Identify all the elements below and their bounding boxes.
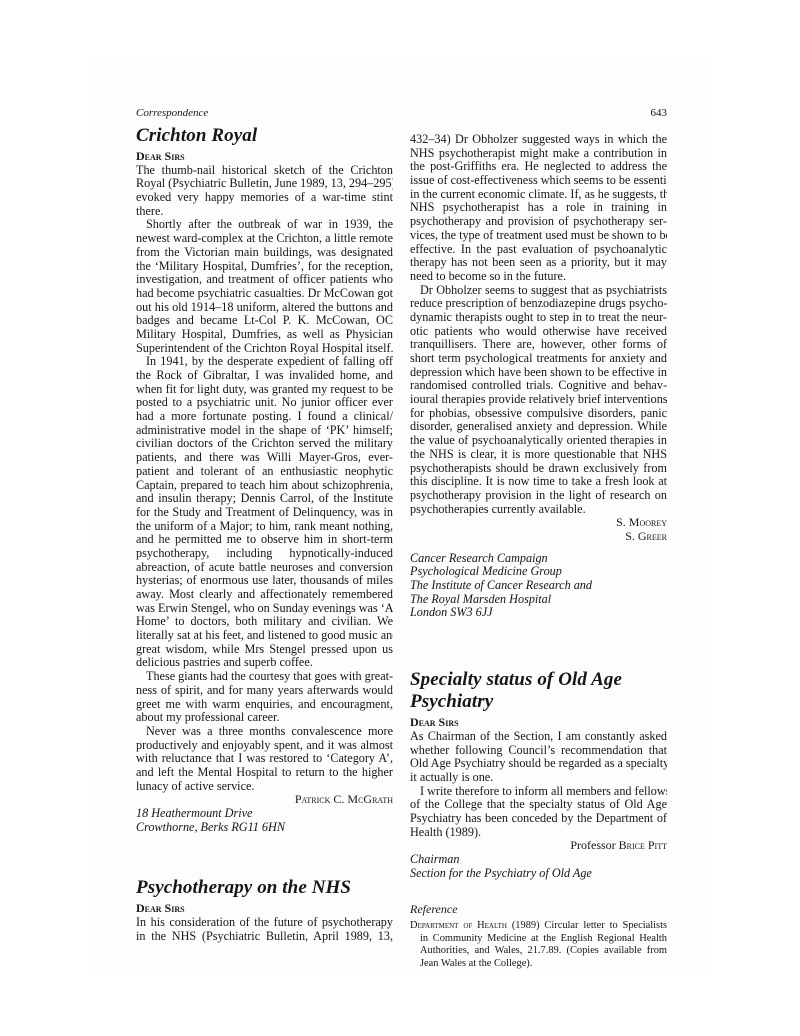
text-line: productively and enjoyably spent, and it… [136,739,393,753]
letter-body: In his consideration of the future of ps… [136,916,393,943]
text-line: Home’ to doctors, both military and civi… [136,615,393,629]
text-line: in the current economic climate. If, as … [410,188,667,202]
text-line: psychotherapy, including hypnotically-in… [136,547,393,561]
text-line: short term psychological treatments for … [410,352,667,366]
signature: Patrick C. McGrath [136,793,393,807]
text-line: newest ward-complex at the Crichton, a l… [136,232,393,246]
text-line: had become psychiatric casualties. Dr Mc… [136,287,393,301]
text-line: Dr Obholzer seems to suggest that as psy… [410,284,667,298]
text-line: Shortly after the outbreak of war in 193… [136,218,393,232]
right-column: 643 432–34) Dr Obholzer suggested ways i… [410,106,667,970]
text-line: there. [136,205,393,219]
text-line: hysterias; of enormous use later, thousa… [136,574,393,588]
letter-title: Psychotherapy on the NHS [136,877,393,899]
text-line: badges and became Lt-Col P. K. McCowan, … [136,314,393,328]
salutation: Dear Sirs [136,902,393,916]
text-line: the ‘Military Hospital, Dumfries’, for t… [136,260,393,274]
text-line: away. Most clearly and affectionately re… [136,588,393,602]
text-line: As Chairman of the Section, I am constan… [410,730,667,744]
text-line: for the Study and Treatment of Delinquen… [136,506,393,520]
signature: S. Greer [410,530,667,544]
text-line: I write therefore to inform all members … [410,785,667,799]
salutation: Dear Sirs [136,150,393,164]
text-line: greet me with warm enquiries, and encour… [136,698,393,712]
text-line: ness of spirit, and for many years after… [136,684,393,698]
text-line: The thumb-nail historical sketch of the … [136,164,393,178]
running-head: Correspondence [136,106,393,120]
reference-line: Authorities, and Wales, 21.7.89. (Copies… [410,945,667,957]
text-line: was Erwin Stengel, who on Sunday evening… [136,602,393,616]
signature-name: Brice Pitt [619,838,667,852]
reference-line: Department of Health (1989) Circular let… [410,920,667,932]
left-column: Correspondence Crichton Royal Dear Sirs … [136,106,393,944]
letter-body: 432–34) Dr Obholzer suggested ways in wh… [410,133,667,516]
letter-crichton-royal: Crichton Royal Dear Sirs The thumb-nail … [136,125,393,834]
text-line: In 1941, by the desperate expedient of f… [136,355,393,369]
text-line: effective. In the past evaluation of psy… [410,243,667,257]
address-line: Section for the Psychiatry of Old Age [410,867,667,881]
text-line: In his consideration of the future of ps… [136,916,393,930]
text-line: the value of psychoanalytically oriented… [410,434,667,448]
text-line: Old Age Psychiatry should be regarded as… [410,757,667,771]
text-line: literally sat at his feet, and listened … [136,629,393,643]
text-line: patient and tolerant of an enthusiastic … [136,465,393,479]
text-line: great wisdom, while Mrs Stengel pressed … [136,643,393,657]
salutation: Dear Sirs [410,716,667,730]
text-line: about my professional career. [136,711,393,725]
text-line: vices, the type of treatment used must b… [410,229,667,243]
address-line: Crowthorne, Berks RG11 6HN [136,821,393,835]
letter-title: Specialty status of Old Age Psychiatry [410,669,667,713]
text-line: the post-Griffiths era. He neglected to … [410,160,667,174]
text-line: of the College that the specialty status… [410,798,667,812]
reference-line: in Community Medicine at the English Reg… [410,933,667,945]
text-line: need to become so in the future. [410,270,667,284]
address-line: Cancer Research Campaign [410,552,667,566]
text-line: Military Hospital, Dumfries, as well as … [136,328,393,342]
text-line: had a more fortunate posting. I found a … [136,410,393,424]
signature: Professor Brice Pitt [410,839,667,853]
address-line: 18 Heathermount Drive [136,807,393,821]
text-line: Captain, prepared to teach him about sch… [136,479,393,493]
text-line: and left the Mental Hospital to return t… [136,766,393,780]
text-line: whether following Council’s recommendati… [410,744,667,758]
text-line: from the Victorian main buildings, was d… [136,246,393,260]
text-line: therapy has not been seen as a priority,… [410,256,667,270]
text-line: Royal (Psychiatric Bulletin, June 1989, … [136,177,393,191]
text-line: psychotherapies currently available. [410,503,667,517]
text-line: civilian doctors of the Crichton served … [136,437,393,451]
text-line: 432–34) Dr Obholzer suggested ways in wh… [410,133,667,147]
text-line: Never was a three months convalescence m… [136,725,393,739]
text-line: psychotherapy provision in the light of … [410,489,667,503]
letter-psychotherapy-nhs-continued: 432–34) Dr Obholzer suggested ways in wh… [410,133,667,620]
letter-psychotherapy-nhs-start: Psychotherapy on the NHS Dear Sirs In hi… [136,877,393,943]
reference-author: Department of Health [410,920,507,931]
text-line: it actually is one. [410,771,667,785]
signature-prefix: Professor [570,838,615,852]
text-line: and insulin therapy; Dennis Carrol, of t… [136,492,393,506]
text-line: administrative model in the shape of ‘PK… [136,424,393,438]
letter-title: Crichton Royal [136,125,393,147]
text-line: dynamic therapists ought to step in to t… [410,311,667,325]
text-line: otic patients who would otherwise have r… [410,325,667,339]
text-line: out his old 1914–18 uniform, altered the… [136,301,393,315]
text-line: patients, and there was Willi Mayer-Gros… [136,451,393,465]
text-line: ioural therapies provide relatively brie… [410,393,667,407]
text-line: depression which have been shown to be e… [410,366,667,380]
text-line: for phobias, obsessive compulsive disord… [410,407,667,421]
reference-line: Jean Wales at the College). [410,958,667,970]
text-line: lunacy of active service. [136,780,393,794]
text-line: Psychiatry has been conceded by the Depa… [410,812,667,826]
text-line: Superintendent of the Crichton Royal Hos… [136,342,393,356]
text-line: psychotherapists should be drawn exclusi… [410,462,667,476]
page-number: 643 [410,106,667,120]
address-line: London SW3 6JJ [410,606,667,620]
text-line: the Rock of Gibraltar, I was invalided h… [136,369,393,383]
text-line: abreaction, of acute battle neuroses and… [136,561,393,575]
letter-body: As Chairman of the Section, I am constan… [410,730,667,840]
text-line: and he permitted me to observe him in sh… [136,533,393,547]
text-line: Health (1989). [410,826,667,840]
text-line: investigation, and treatment of officer … [136,273,393,287]
text-line: NHS psychotherapist has a role in traini… [410,201,667,215]
text-line: tranquillisers. There are, however, othe… [410,338,667,352]
address-line: Psychological Medicine Group [410,565,667,579]
address-line: Chairman [410,853,667,867]
text-line: These giants had the courtesy that goes … [136,670,393,684]
text-line: with reluctance that I was restored to ‘… [136,752,393,766]
text-line: this discipline. It is now time to take … [410,475,667,489]
text-line: evoked very happy memories of a war-time… [136,191,393,205]
text-line: in the NHS (Psychiatric Bulletin, April … [136,930,393,944]
text-line: reduce prescription of benzodiazepine dr… [410,297,667,311]
address-line: The Royal Marsden Hospital [410,593,667,607]
text-line: the NHS is clear, it is more questionabl… [410,448,667,462]
text-line: NHS psychotherapist might make a contrib… [410,147,667,161]
letter-body: The thumb-nail historical sketch of the … [136,164,393,794]
reference-entry: Department of Health (1989) Circular let… [410,920,667,970]
text-line: issue of cost-effectiveness which seems … [410,174,667,188]
text-line: randomised controlled trials. Cognitive … [410,379,667,393]
reference-heading: Reference [410,902,667,916]
text-line: disorder, generalised anxiety and depres… [410,420,667,434]
text-line: when fit for light duty, was granted my … [136,383,393,397]
text-line: psychotherapy and provision of psychothe… [410,215,667,229]
text-line: the uniform of a Major; to him, rank mea… [136,520,393,534]
signature: S. Moorey [410,516,667,530]
text-line: posted to a psychiatric unit. No junior … [136,396,393,410]
address-line: The Institute of Cancer Research and [410,579,667,593]
text-line: delicious pastries and superb coffee. [136,656,393,670]
letter-old-age-psychiatry: Specialty status of Old Age Psychiatry D… [410,669,667,970]
